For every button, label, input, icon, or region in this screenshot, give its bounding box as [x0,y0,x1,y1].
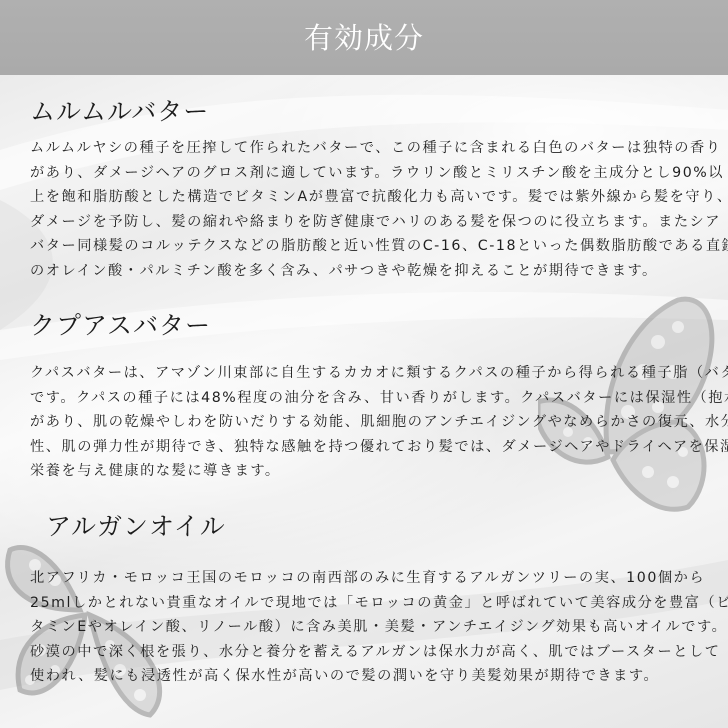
page-header: 有効成分 [0,0,728,75]
body-line: があり、肌の乾燥やしわを防いだりする効能、肌細胞のアンチエイジングやなめらかさの… [30,410,700,435]
body-line: ダメージを予防し、髪の縮れや絡まりを防ぎ健康でハリのある髪を保つのに役立ちます。… [30,210,700,235]
section-body-cupuacu-butter: クパスバターは、アマゾン川東部に自生するカカオに類するクパスの種子から得られる種… [30,361,700,484]
section-body-argan-oil: 北アフリカ・モロッコ王国のモロッコの南西部のみに生育するアルガンツリーの実、10… [30,566,700,689]
body-line: 上を飽和脂肪酸とした構造でビタミンAが豊富で抗酸化力も高いです。髪では紫外線から… [30,185,700,210]
section-title-argan-oil: アルガンオイル [46,507,226,543]
body-line: 使われ、髪にも浸透性が高く保水性が高いので髪の潤いを守り美髪効果が期待できます。 [30,664,700,689]
body-line: ムルムルヤシの種子を圧搾して作られたバターで、この種子に含まれる白色のバターは独… [30,136,700,161]
body-line: です。クパスの種子には48%程度の油分を含み、甘い香りがします。クパスバターには… [30,386,700,411]
body-line: があり、ダメージヘアのグロス剤に適しています。ラウリン酸とミリスチン酸を主成分と… [30,161,700,186]
section-title-murumuru-butter: ムルムルバター [30,92,209,128]
body-line: タミンEやオレイン酸、リノール酸）に含み美肌・美髪・アンチエイジング効果も高いオ… [30,615,700,640]
body-line: 性、肌の弾力性が期待でき、独特な感触を持つ優れており髪では、ダメージヘアやドライ… [30,435,700,460]
body-line: のオレイン酸・パルミチン酸を多く含み、パサつきや乾燥を抑えることが期待できます。 [30,259,700,284]
body-line: 砂漠の中で深く根を張り、水分と養分を蓄えるアルガンは保水力が高く、肌ではブースタ… [30,640,700,665]
body-line: 25mlしかとれない貴重なオイルで現地では「モロッコの黄金」と呼ばれていて美容成… [30,591,700,616]
body-line: バター同様髪のコルッテクスなどの脂肪酸と近い性質のC-16、C-18といった偶数… [30,234,700,259]
body-line: 北アフリカ・モロッコ王国のモロッコの南西部のみに生育するアルガンツリーの実、10… [30,566,700,591]
body-line: クパスバターは、アマゾン川東部に自生するカカオに類するクパスの種子から得られる種… [30,361,700,386]
page-title: 有効成分 [304,16,424,57]
body-line: 栄養を与え健康的な髪に導きます。 [30,459,700,484]
section-title-cupuacu-butter: クプアスバター [30,306,211,342]
section-body-murumuru-butter: ムルムルヤシの種子を圧搾して作られたバターで、この種子に含まれる白色のバターは独… [30,136,700,284]
